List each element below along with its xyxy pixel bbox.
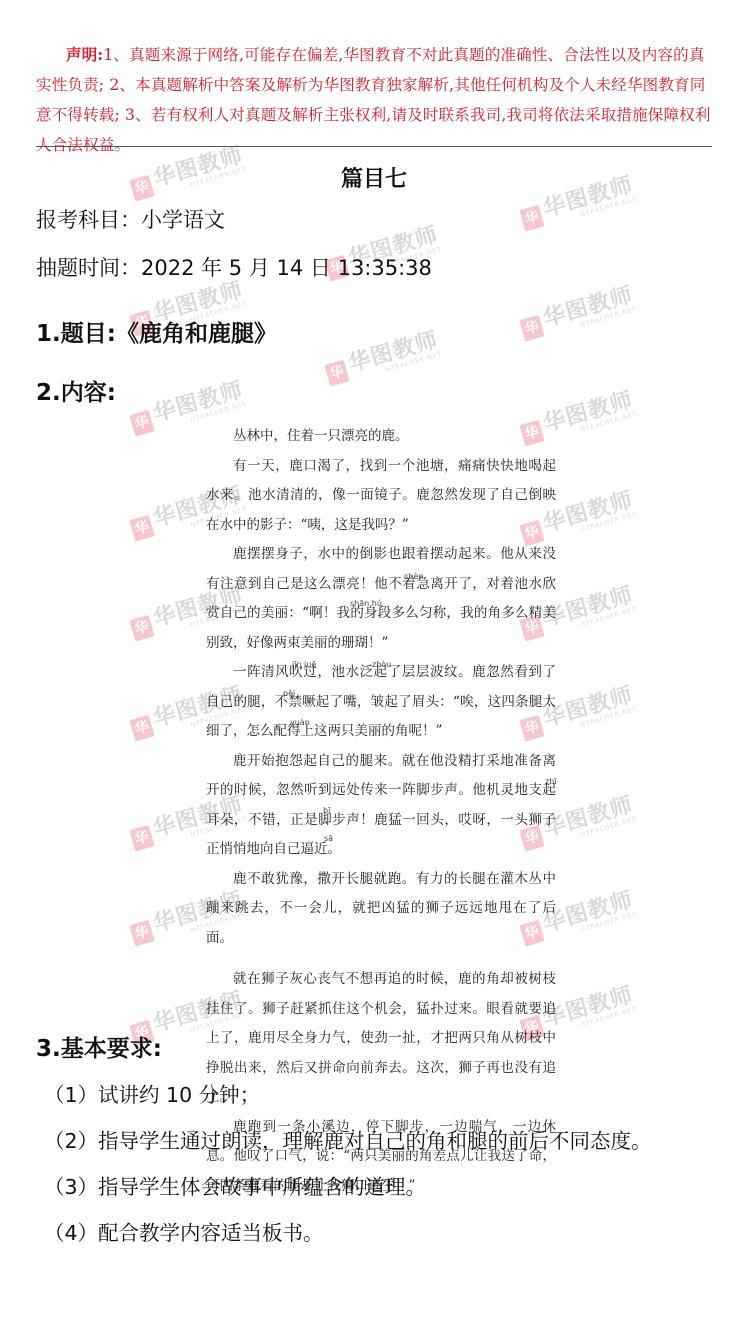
watermark-logo-icon: 华 <box>129 824 154 851</box>
pinyin-annotation: zhī <box>545 777 557 786</box>
pinyin-annotation: pèi <box>283 689 295 698</box>
requirements-list: （1）试讲约 10 分钟； （2）指导学生通过朗读，理解鹿对自己的角和腿的前后不… <box>44 1072 652 1256</box>
watermark-logo-icon: 华 <box>129 409 154 436</box>
passage-paragraph: 鹿不敢犹豫，撒开长腿就跑。有力的长腿在灌木丛中蹦来跳去，不一会儿，就把凶猛的狮子… <box>206 865 556 954</box>
watermark-logo-icon: 华 <box>129 514 154 541</box>
requirement-item: （3）指导学生体会故事中所蕴含的道理。 <box>44 1164 652 1210</box>
watermark-logo-icon: 华 <box>519 204 544 231</box>
disclaimer-lead: 声明: <box>66 45 103 64</box>
watermark-logo-icon: 华 <box>129 714 154 741</box>
section-content-heading: 2.内容: <box>36 374 116 407</box>
watermark: 华 华图教师HTEACHER.NET <box>518 285 638 345</box>
disclaimer-text: 1、真题来源于网络,可能存在偏差,华图教育不对此真题的准确性、合法性以及内容的真… <box>36 46 711 154</box>
pinyin-annotation: chèn <box>404 572 423 581</box>
requirement-item: （1）试讲约 10 分钟； <box>44 1072 652 1118</box>
pinyin-annotation: yuàn <box>290 718 310 727</box>
passage-paragraph: 丛林中，住着一只漂亮的鹿。 <box>206 422 556 452</box>
requirement-item: （4）配合教学内容适当板书。 <box>44 1210 652 1256</box>
document-title: 篇目七 <box>0 162 748 193</box>
passage-paragraph: 鹿开始抱怨起自己的腿来。就在他没精打采地准备离开的时候，忽然听到远处传来一阵脚步… <box>206 747 556 865</box>
pinyin-annotation: jīn juē <box>292 660 316 669</box>
passage-paragraph: 一阵清风吹过，池水泛起了层层波纹。鹿忽然看到了自己的腿，不禁噘起了嘴，皱起了眉头… <box>206 658 556 747</box>
disclaimer: 声明:1、真题来源于网络,可能存在偏差,华图教育不对此真题的准确性、合法性以及内… <box>36 40 712 160</box>
watermark-logo-icon: 华 <box>129 919 154 946</box>
draw-time: 抽题时间：2022 年 5 月 14 日 13:35:38 <box>36 252 432 282</box>
pinyin-annotation: shān hú <box>350 599 382 608</box>
pinyin-annotation: bī <box>323 806 330 815</box>
section-topic-heading: 1.题目:《鹿角和鹿腿》 <box>36 315 277 348</box>
requirement-item: （2）指导学生通过朗读，理解鹿对自己的角和腿的前后不同态度。 <box>44 1118 652 1164</box>
divider <box>36 146 712 147</box>
watermark-logo-icon: 华 <box>519 314 544 341</box>
watermark: 华 华图教师HTEACHER.NET <box>323 330 443 390</box>
pinyin-annotation: sā <box>324 834 333 843</box>
pinyin-annotation: zhòu <box>372 660 391 669</box>
passage-paragraph: 有一天，鹿口渴了，找到一个池塘，痛痛快快地喝起水来。池水清清的，像一面镜子。鹿忽… <box>206 452 556 541</box>
section-requirements-heading: 3.基本要求: <box>36 1030 162 1063</box>
exam-subject: 报考科目：小学语文 <box>36 204 225 234</box>
watermark-logo-icon: 华 <box>129 614 154 641</box>
watermark-logo-icon: 华 <box>324 359 349 386</box>
